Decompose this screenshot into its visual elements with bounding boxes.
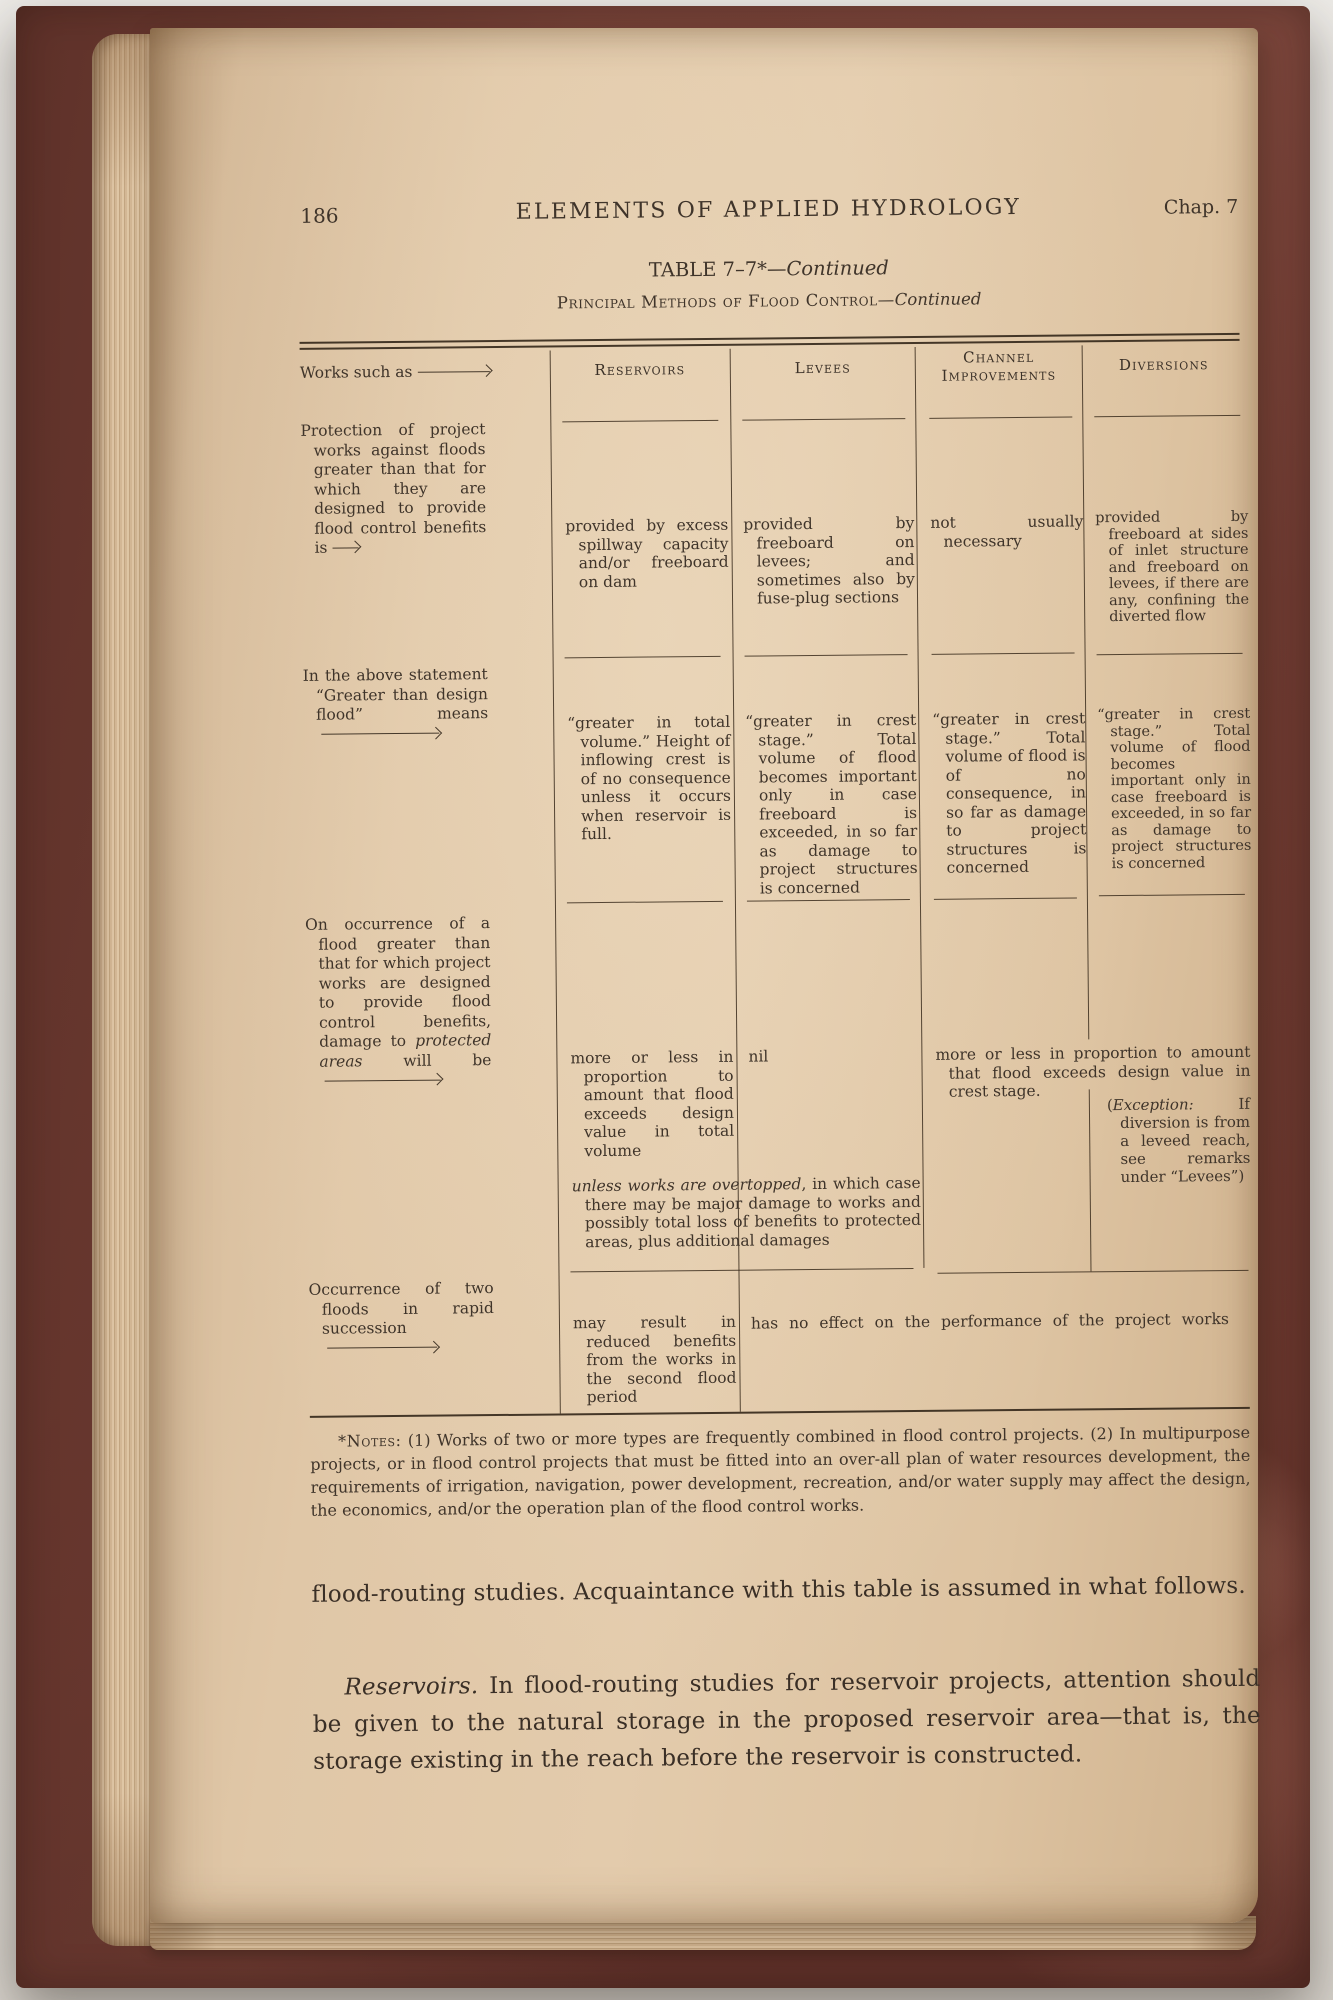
cell-r1-channel: not usually necessary — [930, 512, 1083, 550]
row-label-protection: Protection of project works against floo… — [300, 420, 486, 558]
cell-r1-reservoirs: provided by excess spillway capacity and… — [565, 516, 729, 592]
cell-r2-diversions: “greater in crest stage.” Total volume o… — [1097, 706, 1252, 872]
body-paragraph-1: flood-routing studies. Acquaintance with… — [311, 1568, 1259, 1614]
row-label-text-end: will be — [362, 1051, 491, 1070]
row-rule — [932, 652, 1075, 654]
row-label-text: Occurrence of two floods in rapid succes… — [309, 1279, 494, 1338]
overtopped-italic: unless works are overtopped — [572, 1175, 802, 1195]
cell-r3-overtopped-note: unless works are overtopped, in which ca… — [572, 1174, 922, 1251]
header-rule-levees — [742, 418, 905, 421]
page-content: 186 ELEMENTS OF APPLIED HYDROLOGY Chap. … — [149, 23, 1275, 1929]
cell-r4-merged: has no effect on the performance of the … — [751, 1310, 1247, 1333]
footnote-notes-label: *Notes: — [338, 1431, 402, 1451]
table-title-continued: Continued — [786, 256, 889, 280]
right-arrow-icon — [417, 371, 489, 373]
right-arrow-icon — [332, 547, 358, 549]
right-arrow-icon — [325, 1079, 441, 1082]
table-subtitle: Principal Methods of Flood Control—Conti… — [299, 287, 1239, 315]
cell-r3-reservoirs: more or less in proportion to amount tha… — [570, 1048, 734, 1161]
cell-r3-diversions-exception: (Exception: If diversion is from a levee… — [1107, 1095, 1251, 1186]
row-label-damage-to-protected-areas: On occurrence of a flood greater than th… — [305, 914, 492, 1091]
header-rule-reservoirs — [562, 420, 718, 422]
book-page: 186 ELEMENTS OF APPLIED HYDROLOGY Chap. … — [150, 28, 1258, 1923]
row-label-greater-than-design-flood: In the above statement “Greater than des… — [303, 665, 489, 745]
page-stack-left-edge — [92, 34, 152, 1946]
table-title: TABLE 7–7*—Continued — [299, 253, 1239, 285]
col-header-reservoirs: Reservoirs — [562, 360, 718, 379]
table-footnote: *Notes: (1) Works of two or more types a… — [310, 1421, 1251, 1522]
column-rule-1 — [550, 350, 561, 1413]
row-rule — [570, 1268, 913, 1272]
header-rule-channel — [929, 416, 1072, 418]
cell-r3-channel-diversions: more or less in proportion to amount tha… — [935, 1043, 1251, 1102]
col-header-levees: Levees — [740, 358, 906, 378]
row-label-text: Protection of project works against floo… — [300, 420, 486, 557]
cell-r2-channel: “greater in crest stage.” Total volume o… — [932, 709, 1087, 877]
table-bottom-rule — [310, 1407, 1250, 1418]
cell-r3-levees: nil — [748, 1047, 808, 1066]
row-label-text: In the above statement “Greater than des… — [303, 665, 489, 724]
column-rule-4b — [1089, 1089, 1092, 1271]
right-arrow-icon — [321, 733, 439, 736]
row-label-text: On occurrence of a flood greater than th… — [305, 914, 491, 1051]
table-subtitle-text: Principal Methods of Flood Control— — [557, 290, 895, 312]
table-top-rule — [300, 333, 1240, 344]
book-photo: 186 ELEMENTS OF APPLIED HYDROLOGY Chap. … — [0, 0, 1333, 2000]
body-paragraph-2: Reservoirs. In flood-routing studies for… — [312, 1661, 1261, 1781]
cell-r4-reservoirs: may result in reduced benefits from the … — [573, 1313, 737, 1407]
row-rule — [1099, 894, 1245, 896]
col-header-channel-improvements: Channel Improvements — [920, 347, 1078, 385]
exception-word: Exception: — [1113, 1095, 1194, 1114]
table-subtitle-continued: Continued — [895, 289, 982, 309]
cell-r1-diversions: provided by freeboard at sides of inlet … — [1095, 509, 1249, 626]
row-rule — [567, 901, 723, 903]
row-rule — [565, 656, 721, 658]
header-rule-diversions — [1094, 415, 1240, 417]
paragraph-lead-italic: Reservoirs. — [344, 1673, 478, 1700]
row-rule — [745, 654, 908, 657]
cell-r1-levees: provided by freeboard on levees; and som… — [743, 514, 915, 608]
cell-r2-reservoirs: “greater in total volume.” Height of inf… — [567, 713, 731, 844]
row-label-two-floods: Occurrence of two floods in rapid succes… — [309, 1279, 495, 1359]
column-rule-4a — [1082, 345, 1090, 1039]
corner-header-label: Works such as — [300, 363, 413, 382]
corner-header: Works such as — [300, 362, 548, 384]
row-rule — [934, 897, 1077, 899]
footnote-text: (1) Works of two or more types are frequ… — [310, 1423, 1250, 1520]
row-rule — [938, 1270, 1249, 1274]
right-arrow-icon — [327, 1347, 437, 1349]
row-rule — [747, 899, 910, 902]
cell-r2-levees: “greater in crest stage.” Total volume o… — [745, 711, 918, 898]
column-rule-2 — [730, 349, 741, 1412]
flood-control-table: Works such as Reservoirs Levees Channel … — [300, 333, 1250, 1424]
col-header-diversions: Diversions — [1090, 355, 1238, 374]
row-rule — [1097, 653, 1243, 655]
table-title-text: TABLE 7–7*— — [649, 257, 787, 281]
